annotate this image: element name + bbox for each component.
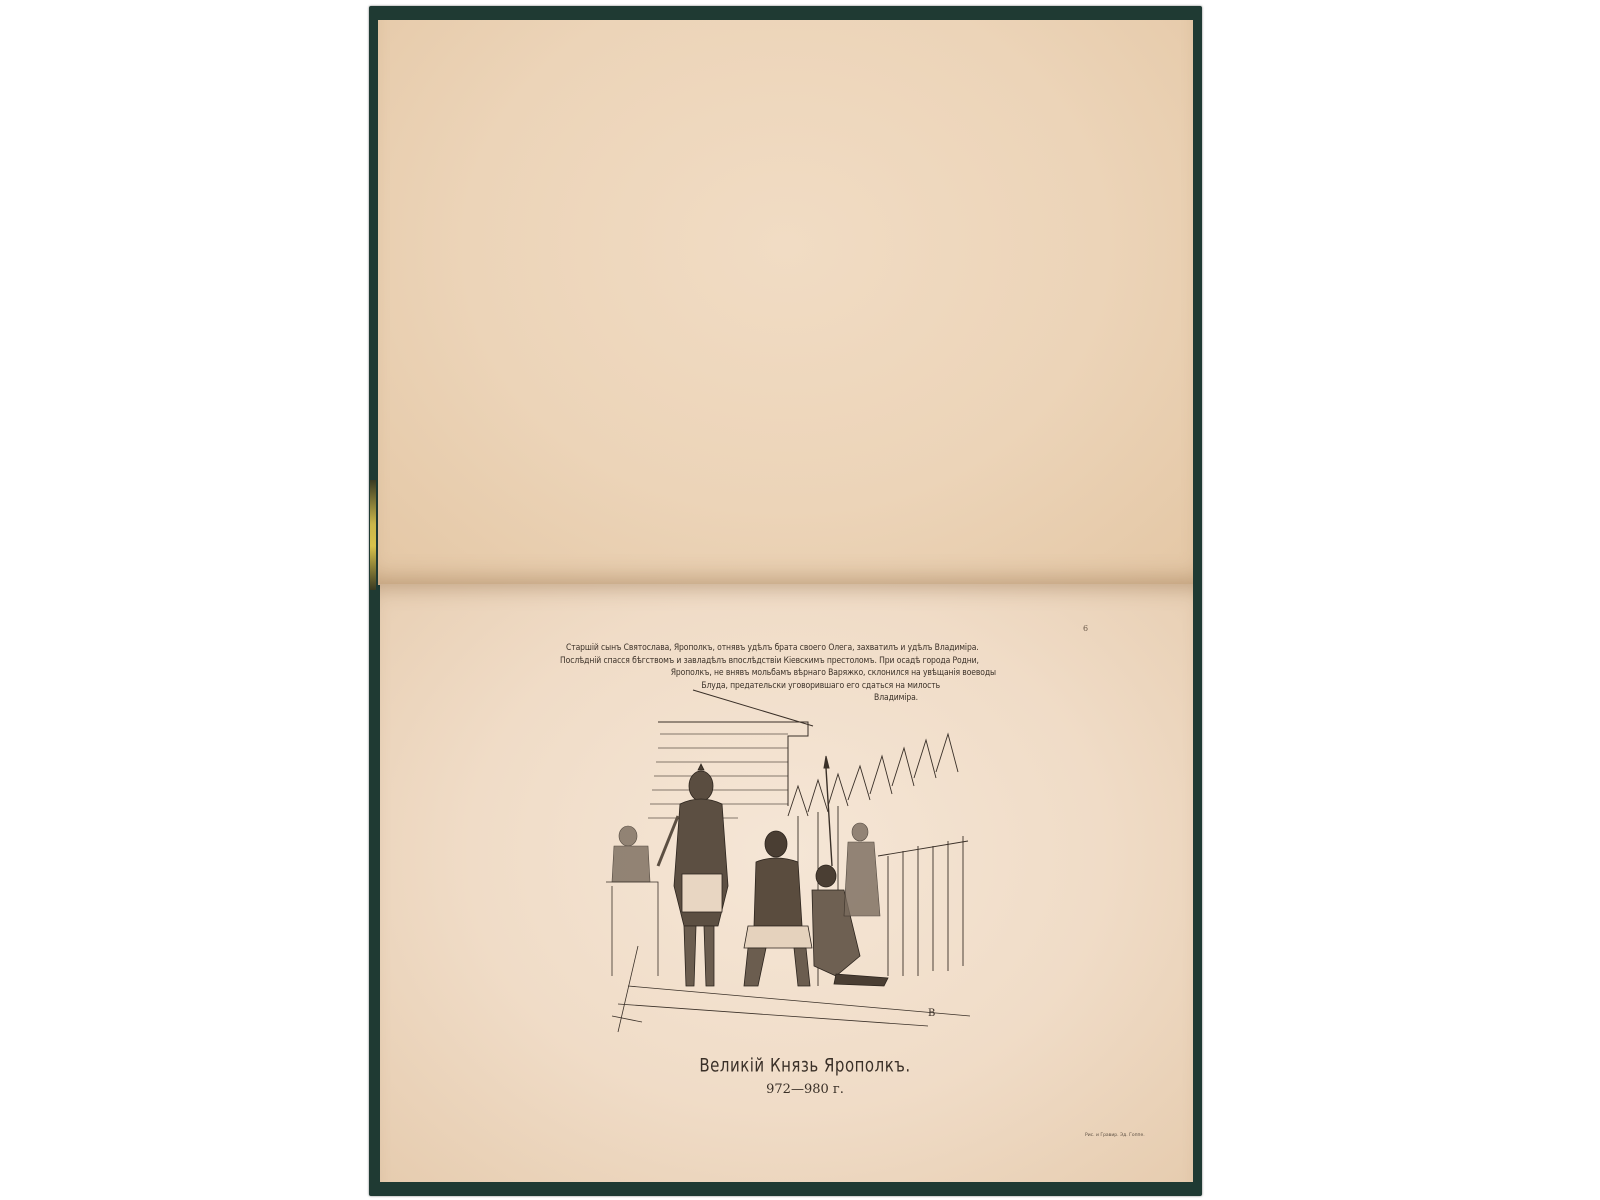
top-page-blank: [378, 20, 1193, 585]
plate-title: Великій Князь Ярополкъ.: [640, 1054, 970, 1077]
page-number: 6: [1083, 624, 1088, 633]
bookmark-ribbon: [370, 480, 376, 590]
printer-imprint: Рис. и Гравир. Эд. Гоппе.: [1085, 1133, 1145, 1138]
reign-dates: 972—980 г.: [640, 1082, 970, 1097]
engraving-illustration: B: [598, 686, 970, 1036]
caption-line: Старшій сынъ Святослава, Ярополкъ, отняв…: [560, 642, 1000, 655]
caption-line: Ярополкъ, не внявъ мольбамъ вѣрнаго Варя…: [560, 667, 1000, 680]
caption-line: Послѣдній спасся бѣгствомъ и завладѣлъ в…: [560, 655, 1000, 668]
artist-signature: B: [928, 1008, 935, 1019]
